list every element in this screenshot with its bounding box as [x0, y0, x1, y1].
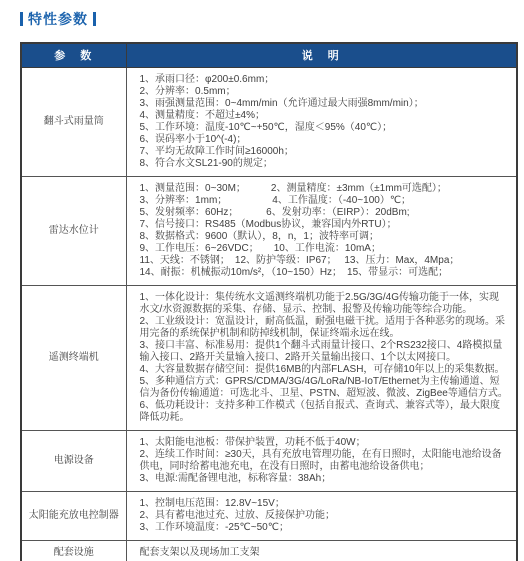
- desc-cell-rain-gauge: 1、承雨口径：φ200±0.6mm；2、分辨率：0.5mm；3、雨强测量范围：0…: [126, 67, 517, 176]
- spec-line: 8、符合水文SL21-90的规定；: [140, 158, 509, 170]
- spec-line: 3、分辨率：1mm； 4、工作温度：（-40~100）℃；: [140, 195, 509, 207]
- spec-line: 3、电源:需配备锂电池，标称容量：38Ah；: [140, 473, 509, 485]
- param-cell-solar-controller: 太阳能充放电控制器: [21, 491, 126, 540]
- page: { "page": { "title": "特性参数" }, "colors":…: [0, 0, 524, 561]
- spec-line: 4、测量精度：不超过±4%；: [140, 110, 509, 122]
- table-row: 电源设备 1、太阳能电池板：带保护装置，功耗不低于40W；2、连续工作时间：≥3…: [21, 430, 517, 491]
- spec-line: 1、测量范围：0~30M； 2、测量精度：±3mm（±1mm可选配）；: [140, 183, 509, 195]
- spec-line: 5、工作环境：温度-10℃~+50℃，湿度＜95%（40℃）；: [140, 122, 509, 134]
- param-cell-rain-gauge: 翻斗式雨量筒: [21, 67, 126, 176]
- spec-line: 3、雨强测量范围：0~4mm/min（允许通过最大雨强8mm/min）；: [140, 98, 509, 110]
- spec-line: 1、太阳能电池板：带保护装置，功耗不低于40W；: [140, 437, 509, 449]
- spec-line: 2、连续工作时间：≥30天，具有充放电管理功能，在有日照时，太阳能电池给设备供电…: [140, 449, 509, 473]
- param-cell-supporting-facilities: 配套设施: [21, 540, 126, 561]
- table-row: 遥测终端机 1、一体化设计：集传统水文遥测终端机功能于2.5G/3G/4G传输功…: [21, 285, 517, 430]
- desc-cell-telemetry-terminal: 1、一体化设计：集传统水文遥测终端机功能于2.5G/3G/4G传输功能于一体，实…: [126, 285, 517, 430]
- param-cell-power-equipment: 电源设备: [21, 430, 126, 491]
- desc-cell-power-equipment: 1、太阳能电池板：带保护装置，功耗不低于40W；2、连续工作时间：≥30天，具有…: [126, 430, 517, 491]
- spec-line: 2、分辨率：0.5mm；: [140, 86, 509, 98]
- param-cell-telemetry-terminal: 遥测终端机: [21, 285, 126, 430]
- spec-line: 配套支架以及现场加工支架: [140, 547, 509, 559]
- spec-line: 7、信号接口：RS485（Modbus协议，兼容国内外RTU）；: [140, 219, 509, 231]
- desc-cell-radar-level: 1、测量范围：0~30M； 2、测量精度：±3mm（±1mm可选配）；3、分辨率…: [126, 176, 517, 285]
- spec-line: 1、控制电压范围：12.8V~15V；: [140, 498, 509, 510]
- spec-line: 1、一体化设计：集传统水文遥测终端机功能于2.5G/3G/4G传输功能于一体，实…: [140, 292, 509, 316]
- section-title-container: 特性参数: [20, 12, 96, 26]
- spec-line: 5、多种通信方式：GPRS/CDMA/3G/4G/LoRa/NB-IoT/Eth…: [140, 376, 509, 400]
- table-row: 翻斗式雨量筒 1、承雨口径：φ200±0.6mm；2、分辨率：0.5mm；3、雨…: [21, 67, 517, 176]
- spec-line: 5、发射频率：60Hz； 6、发射功率：（EIRP）：20dBm;: [140, 207, 509, 219]
- spec-table: 参 数 说 明 翻斗式雨量筒 1、承雨口径：φ200±0.6mm；2、分辨率：0…: [20, 42, 518, 561]
- param-cell-radar-level: 雷达水位计: [21, 176, 126, 285]
- table-row: 配套设施 配套支架以及现场加工支架: [21, 540, 517, 561]
- spec-line: 6、误码率小于10^(-4)；: [140, 134, 509, 146]
- title-left-bar-decoration: [20, 12, 23, 26]
- spec-line: 14、耐振：机械振动10m/s²，（10~150）Hz； 15、带显示：可选配；: [140, 267, 509, 279]
- desc-cell-solar-controller: 1、控制电压范围：12.8V~15V；2、具有蓄电池过充、过放、反接保护功能；3…: [126, 491, 517, 540]
- spec-line: 6、低功耗设计：支持多种工作模式（包括自报式、查询式、兼容式等），最大限度降低功…: [140, 400, 509, 424]
- desc-cell-supporting-facilities: 配套支架以及现场加工支架: [126, 540, 517, 561]
- page-title: 特性参数: [28, 12, 88, 26]
- table-row: 太阳能充放电控制器 1、控制电压范围：12.8V~15V；2、具有蓄电池过充、过…: [21, 491, 517, 540]
- spec-line: 2、工业级设计：宽温设计，耐高低温，耐强电磁干扰。适用于各种恶劣的现场。采用完备…: [140, 316, 509, 340]
- spec-line: 4、大容量数据存储空间：提供16MB的内部FLASH，可存储10年以上的采集数据…: [140, 364, 509, 376]
- spec-line: 11、天线：不锈钢； 12、防护等级：IP67； 13、压力：Max，4Mpa；: [140, 255, 509, 267]
- column-header-param: 参 数: [21, 43, 126, 67]
- spec-line: 9、工作电压：6~26VDC； 10、工作电流：10mA；: [140, 243, 509, 255]
- column-header-desc: 说 明: [126, 43, 517, 67]
- table-row: 雷达水位计 1、测量范围：0~30M； 2、测量精度：±3mm（±1mm可选配）…: [21, 176, 517, 285]
- title-right-bar-decoration: [93, 12, 96, 26]
- spec-line: 1、承雨口径：φ200±0.6mm；: [140, 74, 509, 86]
- spec-line: 2、具有蓄电池过充、过放、反接保护功能；: [140, 510, 509, 522]
- spec-line: 3、接口丰富、标准易用：提供1个翻斗式雨量计接口、2个RS232接口、4路模拟量…: [140, 340, 509, 364]
- table-header-row: 参 数 说 明: [21, 43, 517, 67]
- spec-line: 3、工作环境温度：-25℃~50℃；: [140, 522, 509, 534]
- spec-line: 8、数据格式：9600（默认），8，n，1；波特率可调；: [140, 231, 509, 243]
- spec-line: 7、平均无故障工作时间≥16000h；: [140, 146, 509, 158]
